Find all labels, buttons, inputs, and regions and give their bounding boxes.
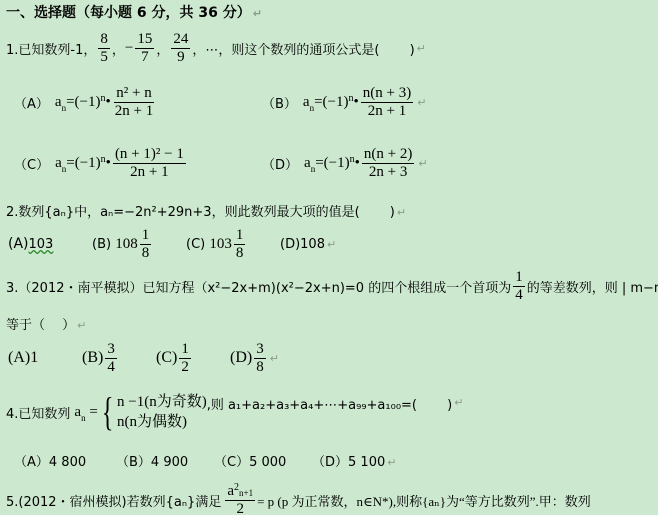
q4-suffix: ,则 a₁+a₂+a₃+a₄+⋯+a₉₉+a₁₀₀=( )	[207, 394, 453, 413]
question-3-stem-line2: 等于（ ）↵	[6, 314, 86, 333]
q1-option-d: （D） an =(−1)n • n(n + 2)2n + 3 ↵	[262, 143, 428, 183]
q4-cases: n −1(n为奇数)n(n为偶数)	[117, 392, 207, 432]
option-label: （A）	[14, 93, 49, 112]
q2-option-b: (B) 10818	[92, 227, 186, 262]
q4-lhs: an =	[74, 404, 97, 421]
return-mark: ↵	[418, 157, 427, 170]
q3-option-d: (D)38↵	[230, 341, 279, 376]
option-label: （C）	[14, 154, 49, 173]
option-exp: n	[101, 154, 106, 165]
section-title: 一、选择题（每小题 6 分，共 36 分）↵	[6, 2, 262, 22]
option-exp: n	[350, 154, 355, 165]
option-label: （D）	[262, 154, 298, 173]
option-fraction: n(n + 2)2n + 3	[362, 146, 414, 181]
dot: •	[355, 155, 360, 172]
q5-suffix: = p (p 为正常数，n∈N*),则称{aₙ}为“等方比数列”.甲：数列	[257, 491, 591, 510]
q1-option-c: （C） an =(−1)n • (n + 1)² − 12n + 1	[14, 143, 188, 183]
question-4-stem: 4.已知数列 an = { n −1(n为奇数)n(n为偶数) ,则 a₁+a₂…	[6, 388, 463, 436]
q4-options: （A）4 800 （B）4 900 （C）5 000 （D）5 100↵	[14, 451, 396, 470]
return-mark: ↵	[397, 206, 406, 219]
option-factor: =(−1)	[314, 94, 348, 111]
left-brace-icon: {	[102, 392, 114, 432]
return-mark: ↵	[253, 7, 262, 20]
q3-option-b: (B)34	[82, 341, 156, 376]
q3-options: (A)1 (B)34 (C)12 (D)38↵	[8, 338, 279, 378]
q4-option-b: （B）4 900	[116, 451, 214, 470]
q1-prefix: 1.已知数列-1，	[6, 39, 96, 58]
q5-fraction: a2n+12	[225, 483, 255, 515]
q2-stem-text: 2.数列{aₙ}中，aₙ=−2n²+29n+3，则此数列最大项的值是( )	[6, 205, 395, 220]
option-fraction: n(n + 3)2n + 1	[361, 85, 413, 120]
return-mark: ↵	[417, 42, 426, 55]
q1-term-2: 157	[135, 31, 154, 66]
option-lhs: an	[304, 155, 315, 172]
q2-option-a: (A)103	[8, 236, 92, 252]
q3-prefix: 3.（2012・南平模拟）已知方程（x²−2x+m)(x²−2x+n)=0 的四…	[6, 277, 511, 296]
option-lhs: an	[303, 94, 314, 111]
option-fraction: n² + n2n + 1	[113, 85, 155, 120]
return-mark: ↵	[417, 96, 426, 109]
option-factor: =(−1)	[66, 155, 100, 172]
q2-option-d: (D)108↵	[280, 237, 336, 252]
question-1-stem: 1.已知数列-1， 85 ， − 157 ， 249 ，⋯，则这个数列的通项公式…	[6, 28, 426, 68]
option-label: （B）	[262, 93, 297, 112]
q2-options: (A)103 (B) 10818 (C) 10318 (D)108↵	[8, 226, 336, 262]
q1-term-3: 249	[171, 31, 190, 66]
question-2-stem: 2.数列{aₙ}中，aₙ=−2n²+29n+3，则此数列最大项的值是( )↵	[6, 201, 406, 220]
q4-option-d: （D）5 100↵	[312, 451, 396, 470]
option-fraction: (n + 1)² − 12n + 1	[113, 146, 186, 181]
option-lhs: an	[55, 94, 66, 111]
option-exp: n	[101, 93, 106, 104]
dot: •	[106, 94, 111, 111]
option-lhs: an	[55, 155, 66, 172]
q1-option-b: （B） an =(−1)n • n(n + 3)2n + 1 ↵	[262, 82, 426, 122]
option-exp: n	[349, 93, 354, 104]
q4-prefix: 4.已知数列	[6, 403, 70, 422]
q4-option-a: （A）4 800	[14, 451, 116, 470]
q1-term-1: 85	[98, 31, 110, 66]
question-3-stem: 3.（2012・南平模拟）已知方程（x²−2x+m)(x²−2x+n)=0 的四…	[6, 266, 658, 306]
q3-fraction: 14	[513, 269, 525, 304]
dot: •	[354, 94, 359, 111]
q2-option-c: (C) 10318	[186, 227, 280, 262]
q1-option-a: （A） an =(−1)n • n² + n2n + 1	[14, 82, 157, 122]
option-factor: =(−1)	[66, 94, 100, 111]
q5-prefix: 5.(2012・宿州模拟)若数列{aₙ}满足	[6, 491, 221, 510]
q3-option-c: (C)12	[156, 341, 230, 376]
section-title-text: 一、选择题（每小题 6 分，共 36 分）	[6, 5, 251, 21]
q3-option-a: (A)1	[8, 349, 82, 367]
option-factor: =(−1)	[315, 155, 349, 172]
dot: •	[106, 155, 111, 172]
question-5-stem: 5.(2012・宿州模拟)若数列{aₙ}满足 a2n+12 = p (p 为正常…	[6, 480, 591, 515]
q4-option-c: （C）5 000	[214, 451, 312, 470]
q1-suffix: ，⋯，则这个数列的通项公式是( )	[192, 39, 414, 58]
q1-term-2-sign: −	[125, 40, 133, 57]
q3-suffix: 的等差数列，则 | m−n|	[527, 277, 658, 296]
